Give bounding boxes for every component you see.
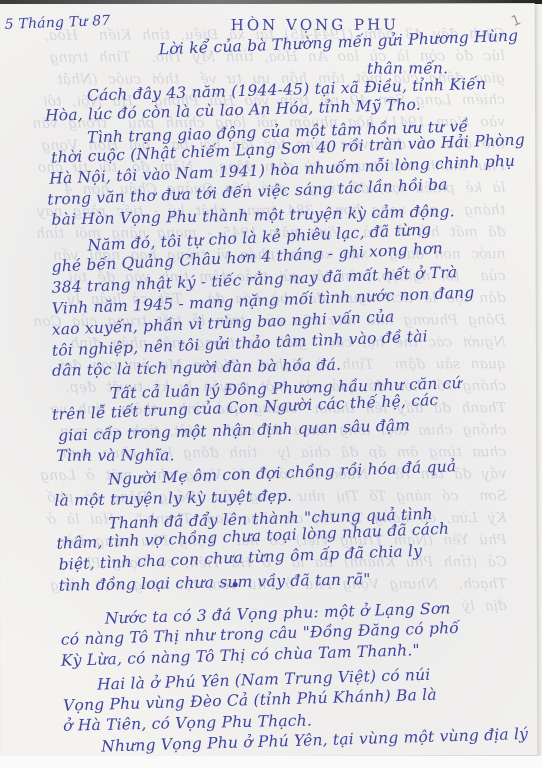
subtitle-line-2: thân mến. xyxy=(367,59,448,77)
manuscript-line: là một truyện ly kỳ tuyệt đẹp. xyxy=(54,487,292,510)
manuscript-line: Tình và Nghĩa. xyxy=(56,446,175,464)
scan-bottom-edge xyxy=(0,756,542,768)
handwritten-text: 5 Tháng Tư 87 HÒN VỌNG PHU Lời kể của bà… xyxy=(0,3,537,757)
manuscript-line: dân tộc là tích người đàn bà hóa đá. xyxy=(52,356,342,380)
separator-dot xyxy=(233,582,238,587)
date-note: 5 Tháng Tư 87 xyxy=(4,13,110,33)
manuscript-page: Cách đây 43 năm (1944-45) tại xã Điều, t… xyxy=(0,3,537,757)
manuscript-line: ở Hà Tiên, có Vọng Phu Thạch. xyxy=(63,712,312,735)
manuscript-line: tình đồng loại chưa sum vầy đã tan rã" xyxy=(59,570,371,595)
